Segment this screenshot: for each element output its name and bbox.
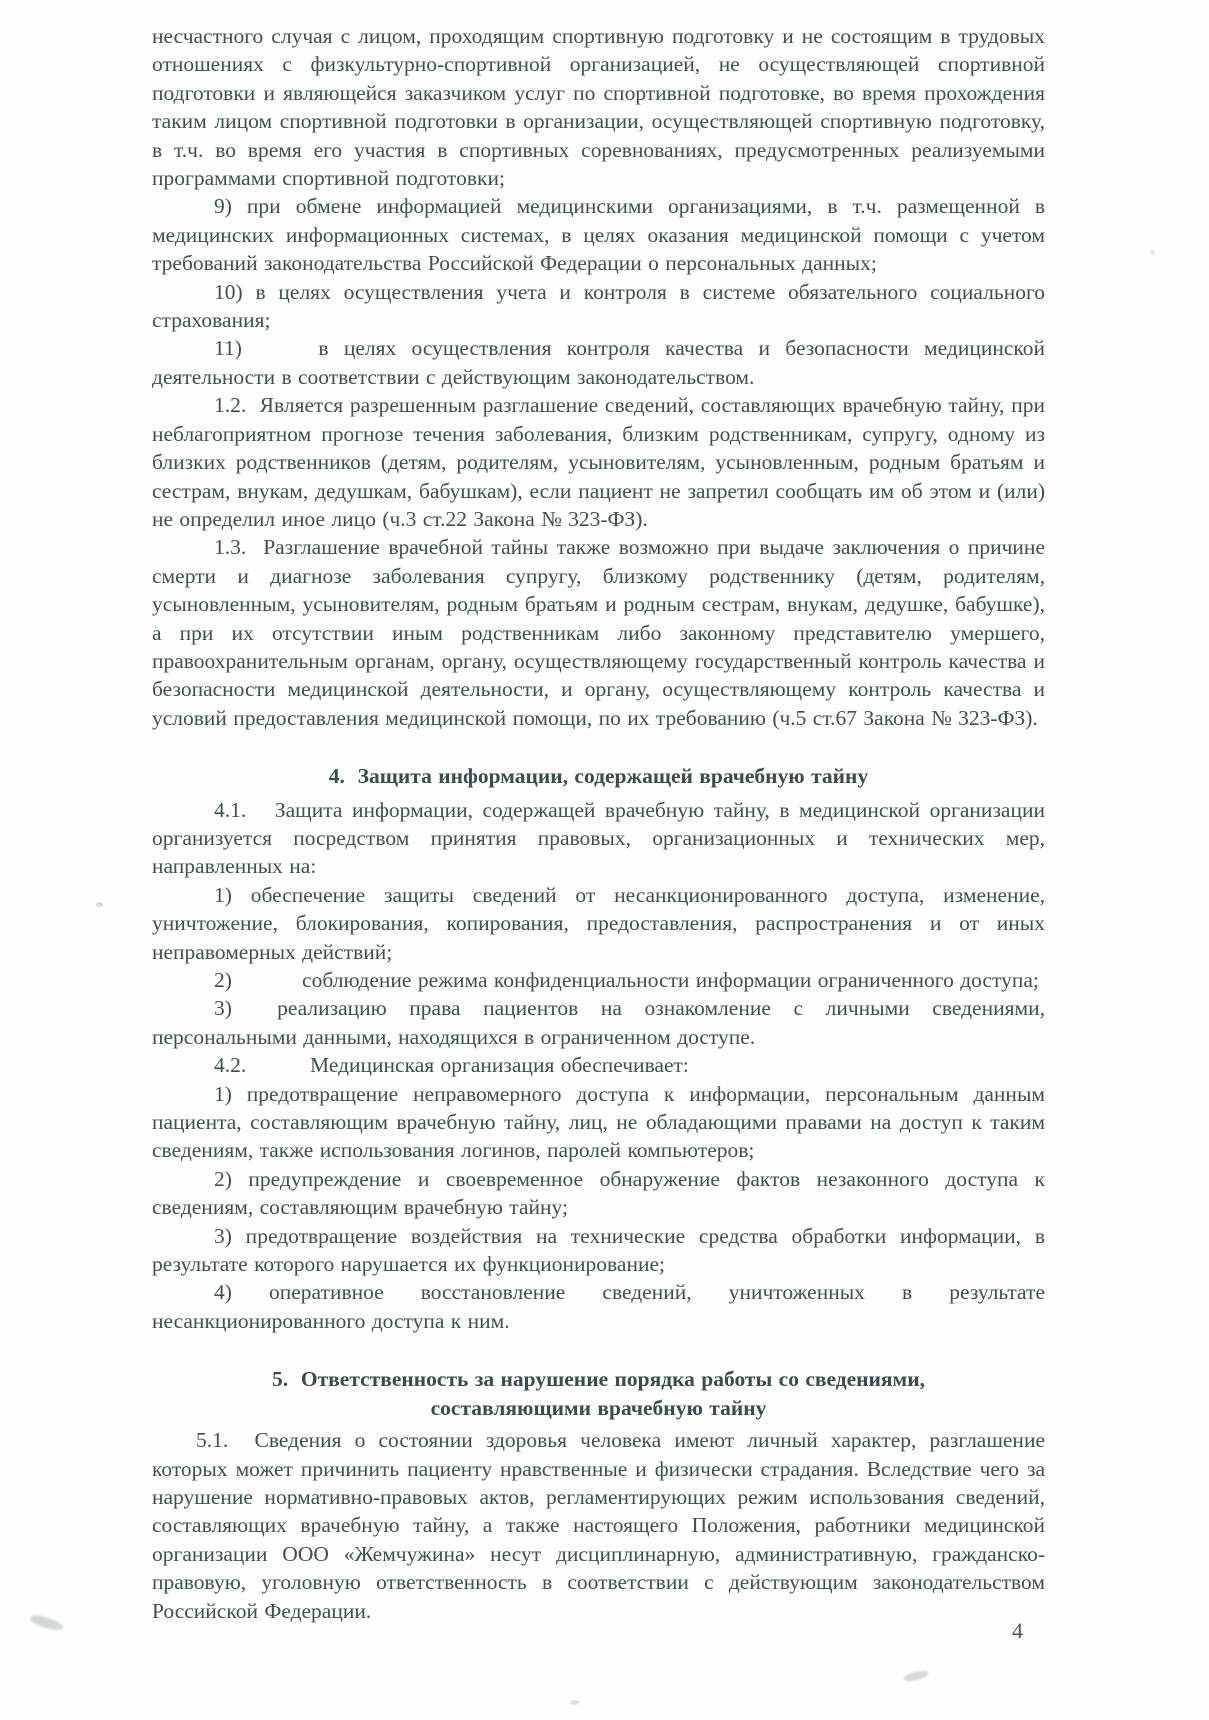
scanned-document-page: несчастного случая с лицом, проходящим с… bbox=[0, 0, 1209, 1720]
list-item-4-1-1: 1) обеспечение защиты сведений от несанк… bbox=[152, 881, 1045, 966]
page-number: 4 bbox=[1012, 1618, 1023, 1644]
section-5-heading: 5. Ответственность за нарушение порядка … bbox=[152, 1365, 1045, 1422]
section-5-heading-line-2: составляющими врачебную тайну bbox=[152, 1394, 1045, 1422]
list-item-4-1-2: 2) соблюдение режима конфиденциальности … bbox=[152, 966, 1045, 994]
clause-4-2: 4.2. Медицинская организация обеспечивае… bbox=[152, 1051, 1045, 1079]
list-item-4-1-3: 3) реализацию права пациентов на ознаком… bbox=[152, 994, 1045, 1051]
clause-1-2: 1.2. Является разрешенным разглашение св… bbox=[152, 391, 1045, 533]
list-item-4-2-3: 3) предотвращение воздействия на техниче… bbox=[152, 1222, 1045, 1279]
list-item-11: 11) в целях осуществления контроля качес… bbox=[152, 334, 1045, 391]
list-item-4-2-1: 1) предотвращение неправомерного доступа… bbox=[152, 1080, 1045, 1165]
section-4-heading: 4. Защита информации, содержащей врачебн… bbox=[152, 762, 1045, 790]
document-body: несчастного случая с лицом, проходящим с… bbox=[152, 22, 1045, 1625]
scan-artifact-speck bbox=[570, 1700, 579, 1705]
scan-artifact-smudge bbox=[29, 1613, 64, 1633]
section-5-heading-line-1: 5. Ответственность за нарушение порядка … bbox=[152, 1365, 1045, 1393]
list-item-10: 10) в целях осуществления учета и контро… bbox=[152, 278, 1045, 335]
list-item-4-2-2: 2) предупреждение и своевременное обнару… bbox=[152, 1165, 1045, 1222]
scan-artifact-speck bbox=[96, 902, 103, 907]
scan-artifact-speck bbox=[1150, 250, 1155, 255]
clause-5-1: 5.1. Сведения о состоянии здоровья челов… bbox=[152, 1426, 1045, 1625]
clause-4-1: 4.1. Защита информации, содержащей враче… bbox=[152, 796, 1045, 881]
list-item-9: 9) при обмене информацией медицинскими о… bbox=[152, 192, 1045, 277]
list-item-4-2-4: 4) оперативное восстановление сведений, … bbox=[152, 1278, 1045, 1335]
scan-artifact-smudge bbox=[902, 1669, 929, 1683]
paragraph-sport-training-continuation: несчастного случая с лицом, проходящим с… bbox=[152, 22, 1045, 192]
clause-1-3: 1.3. Разглашение врачебной тайны также в… bbox=[152, 533, 1045, 732]
